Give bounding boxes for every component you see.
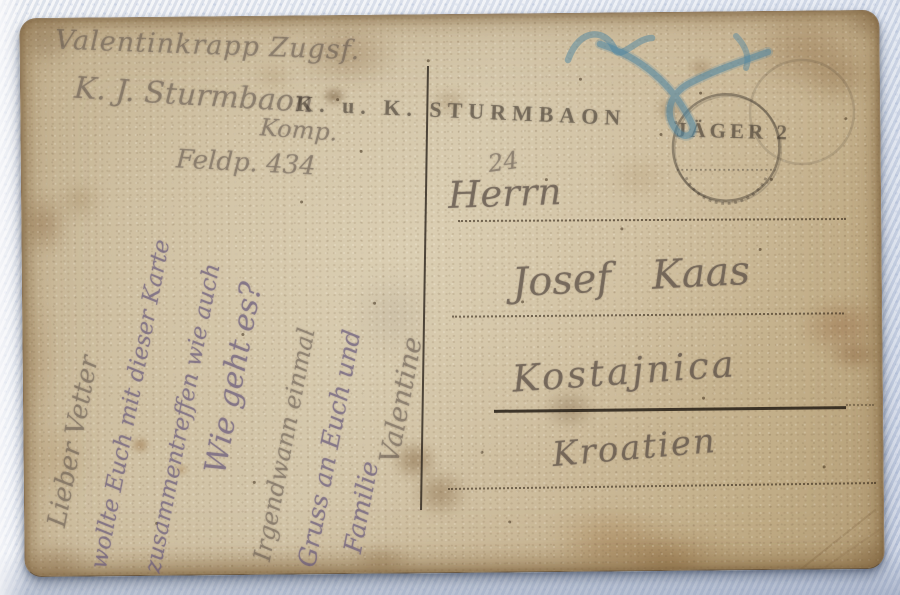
- ink-speck: [844, 117, 847, 120]
- stain: [19, 301, 56, 421]
- ink-speck: [427, 59, 430, 62]
- stain: [606, 155, 671, 201]
- ink-speck: [545, 178, 548, 181]
- ink-speck: [620, 227, 623, 230]
- ink-speck: [759, 248, 762, 251]
- ink-speck: [241, 333, 244, 336]
- ink-speck: [823, 465, 826, 468]
- ink-speck: [674, 121, 677, 124]
- stain: [130, 436, 150, 454]
- ink-speck: [521, 300, 524, 303]
- paper-fiber-texture: [20, 11, 883, 576]
- stain: [827, 339, 882, 372]
- stain-layer: [20, 11, 878, 19]
- corner-crease: [816, 527, 883, 574]
- stain: [548, 504, 669, 570]
- stain: [349, 267, 435, 363]
- ink-speck: [253, 481, 256, 484]
- ink-speck: [481, 451, 484, 454]
- stain: [19, 193, 68, 255]
- ink-speck: [770, 178, 773, 181]
- ink-speck: [699, 92, 702, 95]
- stain: [19, 540, 92, 577]
- ink-speck: [659, 133, 662, 136]
- stain: [411, 469, 469, 518]
- stain: [429, 87, 469, 117]
- photo-background: Valentinkrapp Zugsf. K. J. Sturmbaon Kom…: [0, 0, 900, 595]
- stain: [654, 95, 686, 123]
- paper-grain-texture: [20, 11, 883, 576]
- stain: [298, 24, 399, 87]
- stain: [840, 10, 884, 43]
- stain: [799, 297, 885, 356]
- stain: [348, 543, 413, 576]
- stain: [100, 553, 420, 577]
- worn-edge-vignette: [20, 11, 883, 576]
- stain: [801, 49, 877, 105]
- ink-speck: [300, 200, 303, 203]
- stain: [19, 11, 77, 67]
- ink-speck: [336, 98, 339, 101]
- corner-crease: [799, 509, 877, 571]
- stain: [687, 56, 715, 78]
- stain: [743, 11, 869, 92]
- ink-speck: [508, 520, 511, 523]
- stain: [566, 525, 741, 577]
- stain: [175, 464, 189, 476]
- ink-speck: [579, 78, 582, 81]
- postcard: [19, 10, 884, 577]
- stain: [253, 63, 293, 91]
- stain: [58, 180, 100, 220]
- stain: [390, 439, 438, 481]
- stain: [542, 388, 597, 431]
- stain: [20, 420, 96, 496]
- ink-speck: [360, 150, 363, 153]
- ink-speck: [155, 522, 158, 525]
- ink-speck: [702, 397, 705, 400]
- stain: [321, 86, 347, 106]
- ink-speck: [373, 302, 376, 305]
